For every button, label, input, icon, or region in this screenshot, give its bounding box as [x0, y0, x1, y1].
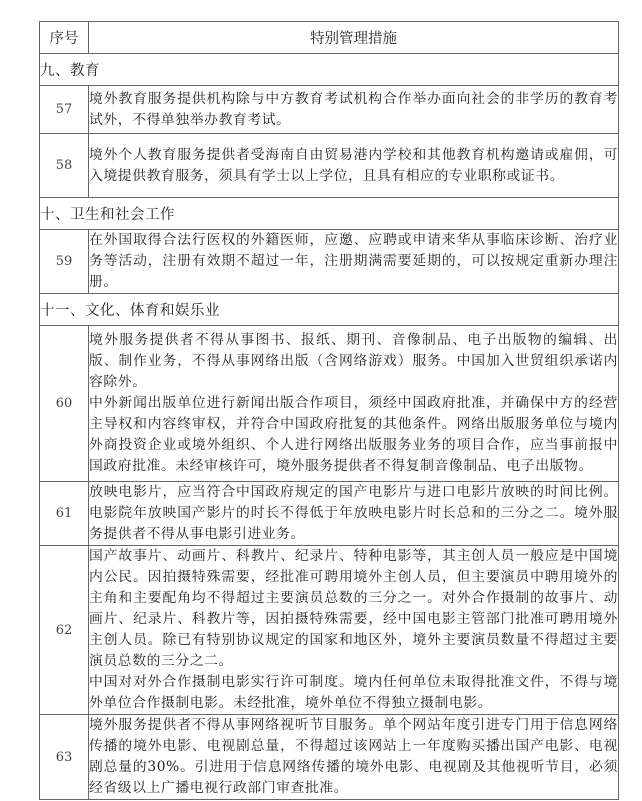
- row-number: 62: [40, 546, 89, 715]
- row-measure: 在外国取得合法行医权的外籍医师，应邀、应聘或申请来华从事临床诊断、治疗业务等活动…: [89, 230, 619, 294]
- row-measure: 境外教育服务提供机构除与中方教育考试机构合作举办面向社会的非学历的教育考试外，不…: [89, 86, 619, 134]
- section-row: 九、教育: [40, 54, 619, 86]
- header-measure: 特别管理措施: [89, 22, 619, 54]
- row-number: 59: [40, 230, 89, 294]
- row-number: 58: [40, 134, 89, 198]
- measure-paragraph: 放映电影片，应当符合中国政府规定的国产电影片与进口电影片放映的时间比例。电影院年…: [89, 482, 618, 545]
- row-measure: 放映电影片，应当符合中国政府规定的国产电影片与进口电影片放映的时间比例。电影院年…: [89, 482, 619, 546]
- special-measures-table: 序号 特别管理措施 九、教育 57 境外教育服务提供机构除与中方教育考试机构合作…: [39, 21, 619, 800]
- row-number: 60: [40, 326, 89, 482]
- table-row: 60 境外服务提供者不得从事图书、报纸、期刊、音像制品、电子出版物的编辑、出版、…: [40, 326, 619, 482]
- row-number: 63: [40, 715, 89, 800]
- section-row: 十一、文化、体育和娱乐业: [40, 294, 619, 326]
- table-row: 58 境外个人教育服务提供者受海南自由贸易港内学校和其他教育机构邀请或雇佣，可入…: [40, 134, 619, 198]
- table-row: 63 境外服务提供者不得从事网络视听节目服务。单个网站年度引进专门用于信息网络传…: [40, 715, 619, 800]
- table-row: 62 国产故事片、动画片、科教片、纪录片、特种电影等，其主创人员一般应是中国境内…: [40, 546, 619, 715]
- row-measure: 国产故事片、动画片、科教片、纪录片、特种电影等，其主创人员一般应是中国境内公民。…: [89, 546, 619, 715]
- header-number: 序号: [40, 22, 89, 54]
- measure-paragraph: 境外个人教育服务提供者受海南自由贸易港内学校和其他教育机构邀请或雇佣，可入境提供…: [89, 145, 618, 187]
- measure-paragraph: 中国对对外合作摄制电影实行许可制度。境内任何单位未取得批准文件，不得与境外单位合…: [89, 672, 618, 714]
- section-title: 十一、文化、体育和娱乐业: [40, 294, 619, 326]
- measure-paragraph: 中外新闻出版单位进行新闻出版合作项目，须经中国政府批准，并确保中方的经营主导权和…: [89, 393, 618, 477]
- row-number: 57: [40, 86, 89, 134]
- measure-paragraph: 境外服务提供者不得从事网络视听节目服务。单个网站年度引进专门用于信息网络传播的境…: [89, 715, 618, 799]
- row-measure: 境外服务提供者不得从事图书、报纸、期刊、音像制品、电子出版物的编辑、出版、制作业…: [89, 326, 619, 482]
- section-row: 十、卫生和社会工作: [40, 198, 619, 230]
- measure-paragraph: 国产故事片、动画片、科教片、纪录片、特种电影等，其主创人员一般应是中国境内公民。…: [89, 546, 618, 672]
- table-header-row: 序号 特别管理措施: [40, 22, 619, 54]
- row-measure: 境外个人教育服务提供者受海南自由贸易港内学校和其他教育机构邀请或雇佣，可入境提供…: [89, 134, 619, 198]
- table-row: 61 放映电影片，应当符合中国政府规定的国产电影片与进口电影片放映的时间比例。电…: [40, 482, 619, 546]
- table-row: 59 在外国取得合法行医权的外籍医师，应邀、应聘或申请来华从事临床诊断、治疗业务…: [40, 230, 619, 294]
- measure-paragraph: 境外教育服务提供机构除与中方教育考试机构合作举办面向社会的非学历的教育考试外，不…: [89, 89, 618, 131]
- section-title: 九、教育: [40, 54, 619, 86]
- measure-paragraph: 境外服务提供者不得从事图书、报纸、期刊、音像制品、电子出版物的编辑、出版、制作业…: [89, 330, 618, 393]
- row-measure: 境外服务提供者不得从事网络视听节目服务。单个网站年度引进专门用于信息网络传播的境…: [89, 715, 619, 800]
- row-number: 61: [40, 482, 89, 546]
- section-title: 十、卫生和社会工作: [40, 198, 619, 230]
- table-row: 57 境外教育服务提供机构除与中方教育考试机构合作举办面向社会的非学历的教育考试…: [40, 86, 619, 134]
- measure-paragraph: 在外国取得合法行医权的外籍医师，应邀、应聘或申请来华从事临床诊断、治疗业务等活动…: [89, 230, 618, 293]
